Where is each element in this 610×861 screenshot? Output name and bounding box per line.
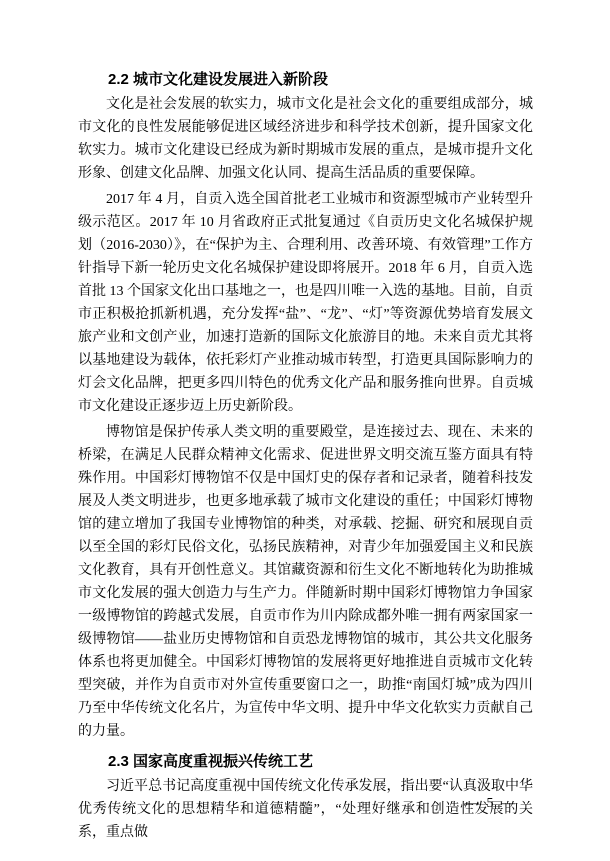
paragraph-culture-soft-power: 文化是社会发展的软实力，城市文化是社会文化的重要组成部分，城市文化的良性发展能够… [78, 93, 533, 185]
page-number: — 5 — [465, 796, 517, 812]
paragraph-lantern-museum: 博物馆是保护传承人类文明的重要殿堂，是连接过去、现在、未来的桥梁，在满足人民群众… [78, 421, 533, 743]
paragraph-zigong-milestones: 2017 年 4 月，自贡入选全国首批老工业城市和资源型城市产业转型升级示范区。… [78, 188, 533, 418]
section-heading-2-2: 2.2 城市文化建设发展进入新阶段 [78, 68, 533, 91]
document-content: 2.2 城市文化建设发展进入新阶段 文化是社会发展的软实力，城市文化是社会文化的… [78, 68, 533, 844]
section-heading-2-3: 2.3 国家高度重视振兴传统工艺 [78, 750, 533, 773]
document-page: 2.2 城市文化建设发展进入新阶段 文化是社会发展的软实力，城市文化是社会文化的… [0, 0, 610, 861]
